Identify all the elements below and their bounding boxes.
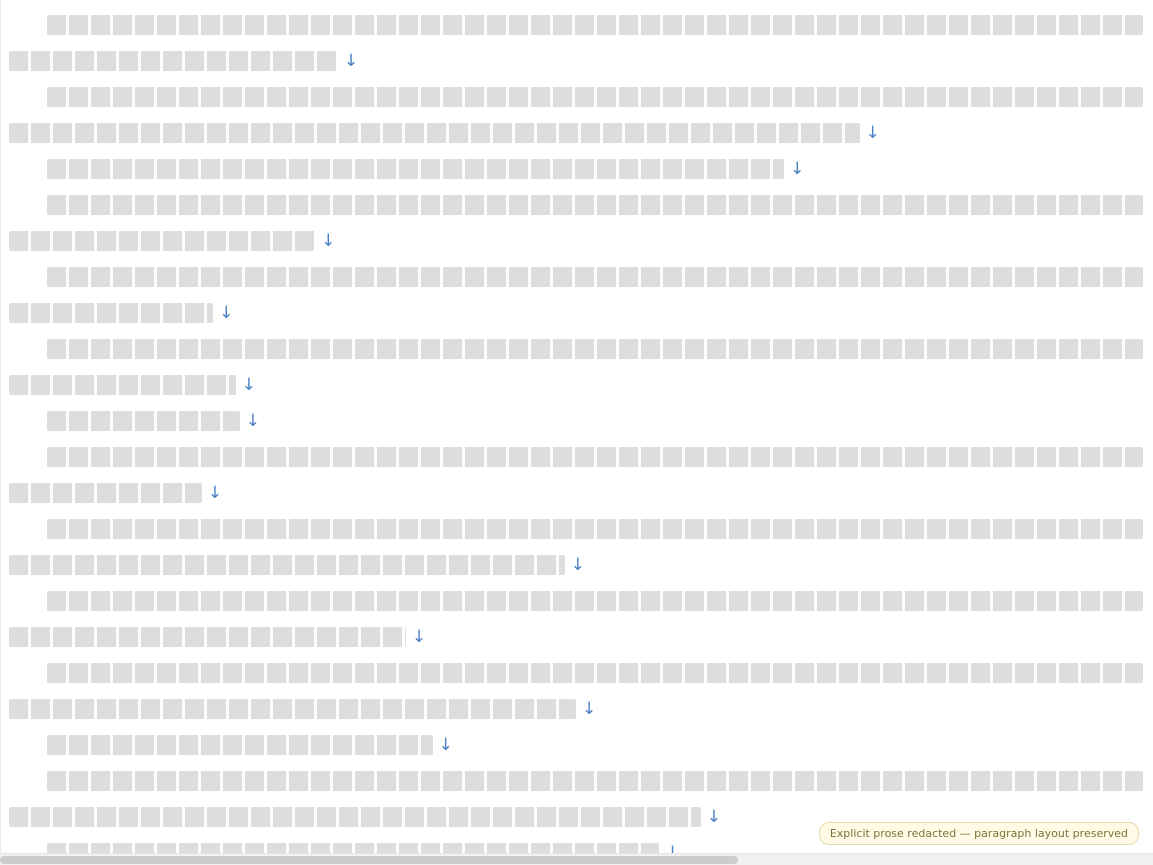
text-line: ↓ [9, 475, 1143, 511]
redacted-text-run [47, 591, 1143, 611]
line-break-icon: ↓ [582, 699, 596, 719]
text-line: ↓ [9, 367, 1143, 403]
redacted-text-run [47, 735, 433, 755]
redacted-text-run [47, 195, 1143, 215]
redacted-text-run [9, 483, 202, 503]
redacted-text-run [47, 87, 1143, 107]
text-line: ↓ [9, 223, 1143, 259]
paragraph-container: ↓↓↓↓↓↓↓↓↓↓↓↓↓↓ [9, 7, 1143, 865]
text-line: ↓ [9, 727, 1143, 763]
redacted-text-run [47, 771, 1143, 791]
document-page: ↓↓↓↓↓↓↓↓↓↓↓↓↓↓ [0, 0, 1153, 853]
text-line [9, 583, 1143, 619]
line-break-icon: ↓ [707, 807, 721, 827]
text-line [9, 511, 1143, 547]
line-break-icon: ↓ [439, 735, 453, 755]
line-break-icon: ↓ [412, 627, 426, 647]
text-line: ↓ [9, 43, 1143, 79]
redaction-notice: Explicit prose redacted — paragraph layo… [819, 822, 1139, 845]
paragraph: ↓ [9, 151, 1143, 187]
dialogue-paragraph: ↓ [9, 403, 1143, 439]
redacted-text-run [9, 555, 565, 575]
redacted-text-run [47, 411, 240, 431]
scrollbar-thumb[interactable] [0, 856, 738, 864]
text-line: ↓ [9, 115, 1143, 151]
text-line: ↓ [9, 547, 1143, 583]
line-break-icon: ↓ [571, 555, 585, 575]
text-line: ↓ [9, 403, 1143, 439]
paragraph: ↓ [9, 7, 1143, 79]
paragraph: ↓ [9, 655, 1143, 727]
line-break-icon: ↓ [219, 303, 233, 323]
line-break-icon: ↓ [242, 375, 256, 395]
redacted-text-run [47, 267, 1143, 287]
redacted-text-run [9, 231, 315, 251]
paragraph: ↓ [9, 583, 1143, 655]
redacted-text-run [47, 519, 1143, 539]
redacted-text-run [9, 123, 860, 143]
horizontal-scrollbar[interactable] [0, 853, 1153, 865]
paragraph: ↓ [9, 439, 1143, 511]
redacted-text-run [47, 339, 1143, 359]
redacted-text-run [47, 159, 784, 179]
paragraph: ↓ [9, 331, 1143, 403]
redacted-text-run [9, 51, 338, 71]
text-line [9, 187, 1143, 223]
line-break-icon: ↓ [866, 123, 880, 143]
text-line [9, 259, 1143, 295]
redacted-text-run [9, 699, 576, 719]
paragraph: ↓ [9, 511, 1143, 583]
text-line [9, 331, 1143, 367]
redacted-text-run [9, 807, 701, 827]
line-break-icon: ↓ [344, 51, 358, 71]
dialogue-paragraph: ↓ [9, 727, 1143, 763]
paragraph: ↓ [9, 79, 1143, 151]
redacted-text-run [9, 627, 406, 647]
redacted-text-run [47, 663, 1143, 683]
text-line: ↓ [9, 151, 1143, 187]
redacted-text-run [9, 303, 213, 323]
redacted-text-run [47, 15, 1143, 35]
text-line [9, 655, 1143, 691]
redacted-text-run [9, 375, 236, 395]
line-break-icon: ↓ [321, 231, 335, 251]
text-line [9, 7, 1143, 43]
line-break-icon: ↓ [208, 483, 222, 503]
text-line: ↓ [9, 295, 1143, 331]
text-line [9, 763, 1143, 799]
text-line: ↓ [9, 691, 1143, 727]
paragraph: ↓ [9, 187, 1143, 259]
redacted-text-run [47, 447, 1143, 467]
text-line [9, 439, 1143, 475]
line-break-icon: ↓ [790, 159, 804, 179]
paragraph: ↓ [9, 259, 1143, 331]
text-line: ↓ [9, 619, 1143, 655]
line-break-icon: ↓ [246, 411, 260, 431]
text-line [9, 79, 1143, 115]
